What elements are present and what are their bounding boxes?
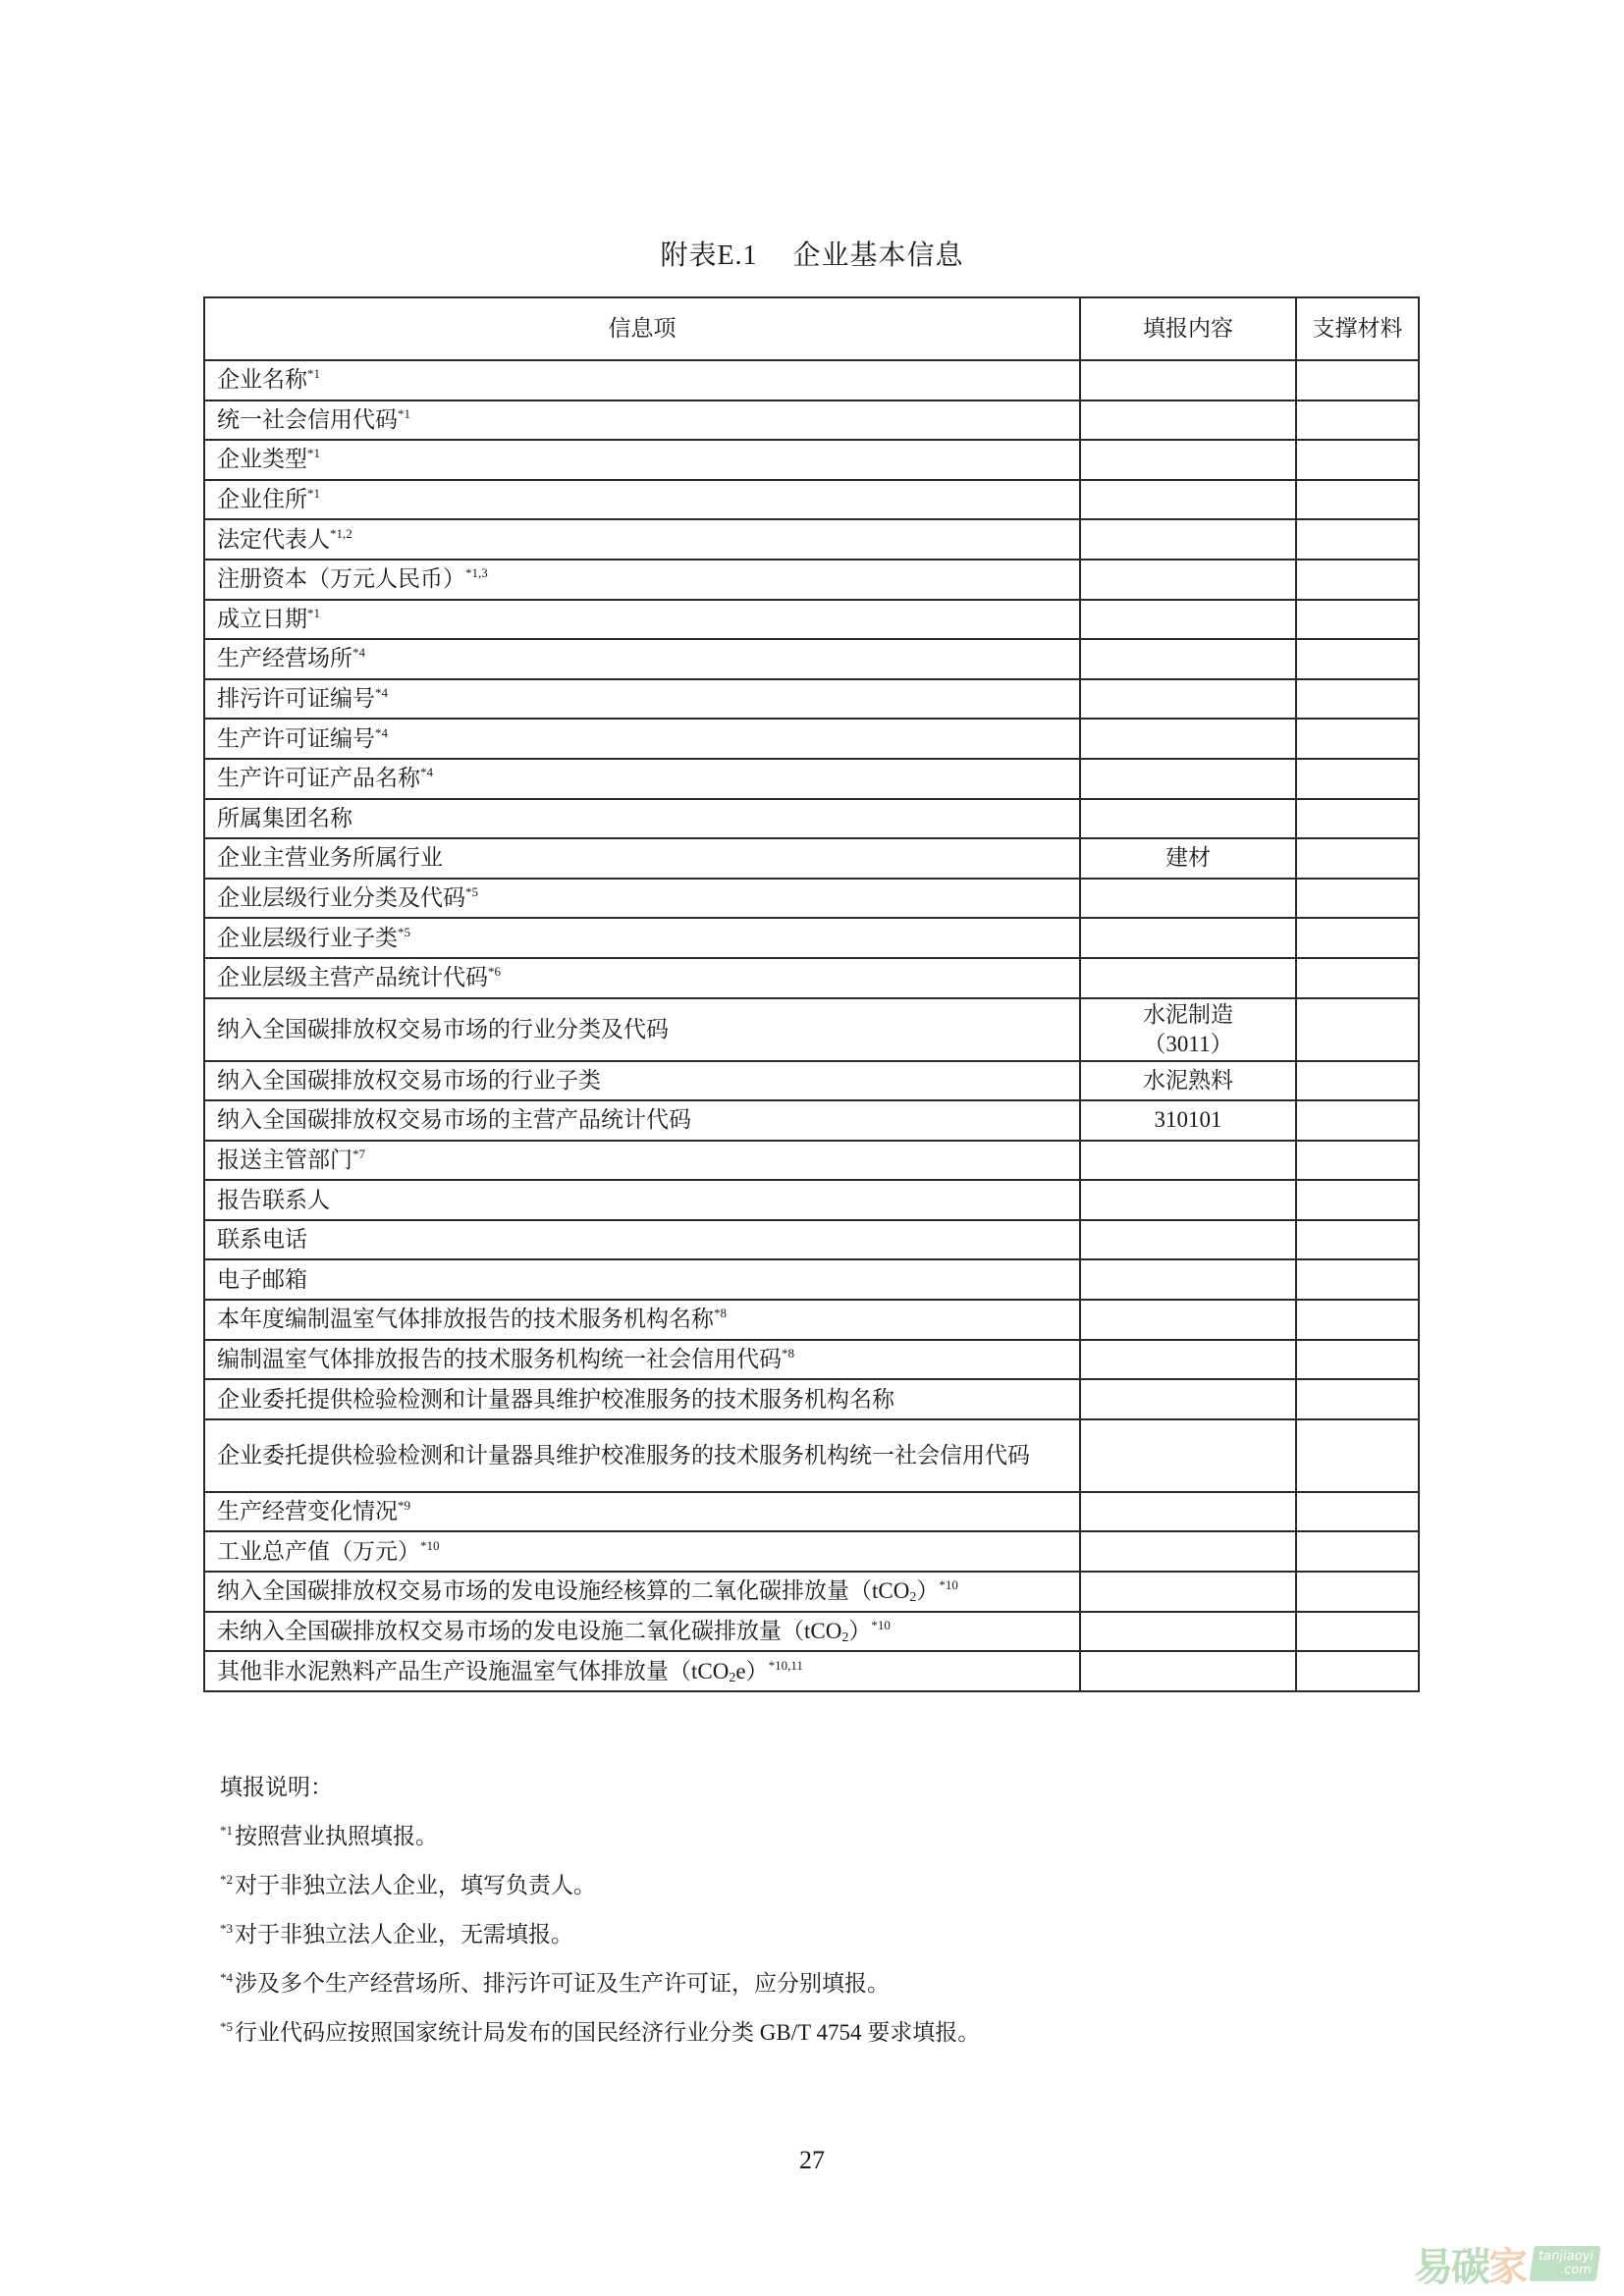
supporting-material-cell[interactable] [1296,719,1419,759]
fill-content-cell[interactable] [1080,759,1296,799]
watermark-badge-line1: tanjiaoyi [1538,2249,1595,2264]
footnote-mark: *4 [220,1970,233,1985]
info-item-cell: 生产经营变化情况*9 [204,1492,1080,1532]
info-item-tail: ） [848,1619,871,1643]
info-item-cell: 所属集团名称 [204,799,1080,839]
table-row: 本年度编制温室气体排放报告的技术服务机构名称*8 [204,1300,1419,1340]
footnote-text: 涉及多个生产经营场所、排污许可证及生产许可证，应分别填报。 [235,1971,890,1996]
info-item-cell: 纳入全国碳排放权交易市场的主营产品统计代码 [204,1100,1080,1141]
info-item-label: 注册资本（万元人民币） [217,566,465,591]
supporting-material-cell[interactable] [1296,360,1419,400]
info-item-cell: 纳入全国碳排放权交易市场的发电设施经核算的二氧化碳排放量（tCO2）*10 [204,1572,1080,1612]
footnote-ref: *1 [307,366,320,381]
footnote-ref: *1 [398,406,410,421]
info-item-label: 生产经营变化情况 [217,1499,398,1523]
supporting-material-cell[interactable] [1296,1259,1419,1300]
supporting-material-cell[interactable] [1296,1612,1419,1652]
info-item-cell: 纳入全国碳排放权交易市场的行业分类及代码 [204,998,1080,1061]
info-item-cell: 联系电话 [204,1220,1080,1260]
table-row: 法定代表人*1,2 [204,519,1419,560]
supporting-material-cell[interactable] [1296,838,1419,879]
footnote-text: 按照营业执照填报。 [235,1824,438,1848]
table-row: 纳入全国碳排放权交易市场的主营产品统计代码310101 [204,1100,1419,1141]
info-item-cell: 报告联系人 [204,1180,1080,1220]
table-row: 纳入全国碳排放权交易市场的行业分类及代码水泥制造（3011） [204,998,1419,1061]
info-item-cell: 工业总产值（万元）*10 [204,1531,1080,1572]
info-item-cell: 企业委托提供检验检测和计量器具维护校准服务的技术服务机构统一社会信用代码 [204,1419,1080,1492]
supporting-material-cell[interactable] [1296,1220,1419,1260]
fill-content-value: 水泥熟料 [1085,1066,1291,1095]
fill-content-cell[interactable] [1080,799,1296,839]
table-row: 编制温室气体排放报告的技术服务机构统一社会信用代码*8 [204,1340,1419,1380]
supporting-material-cell[interactable] [1296,440,1419,480]
fill-content-cell[interactable] [1080,1492,1296,1532]
info-item-label: 报告联系人 [217,1188,330,1212]
supporting-material-cell[interactable] [1296,519,1419,560]
info-item-label: 纳入全国碳排放权交易市场的行业子类 [217,1068,601,1093]
info-item-label: 本年度编制温室气体排放报告的技术服务机构名称 [217,1307,714,1331]
table-title: 附表E.1企业基本信息 [0,234,1624,273]
enterprise-info-table: 信息项 填报内容 支撑材料 企业名称*1统一社会信用代码*1企业类型*1企业住所… [203,296,1420,1692]
footnote-ref: *4 [375,685,388,700]
table-row: 生产经营变化情况*9 [204,1492,1419,1532]
info-item-cell: 企业委托提供检验检测和计量器具维护校准服务的技术服务机构名称 [204,1379,1080,1419]
info-item-label: 企业委托提供检验检测和计量器具维护校准服务的技术服务机构名称 [217,1387,894,1412]
fill-content-value-line2: （3011） [1085,1030,1291,1059]
supporting-material-cell[interactable] [1296,1492,1419,1532]
supporting-material-cell[interactable] [1296,1141,1419,1181]
fill-content-value: 310101 [1085,1105,1291,1135]
info-item-label: 企业名称 [217,367,307,392]
info-item-cell: 生产许可证编号*4 [204,719,1080,759]
fill-content-cell[interactable]: 310101 [1080,1100,1296,1141]
table-row: 生产经营场所*4 [204,639,1419,679]
info-item-label: 企业层级主营产品统计代码 [217,965,488,989]
table-header-row: 信息项 填报内容 支撑材料 [204,297,1419,360]
info-item-label: 生产许可证产品名称 [217,766,420,790]
info-item-label: 企业住所 [217,487,307,511]
info-item-cell: 未纳入全国碳排放权交易市场的发电设施二氧化碳排放量（tCO2）*10 [204,1612,1080,1652]
info-item-label: 电子邮箱 [217,1267,307,1292]
fill-content-cell[interactable] [1080,1141,1296,1181]
footnote-mark: *1 [220,1823,233,1838]
footnote-ref: *5 [398,925,410,939]
supporting-material-cell[interactable] [1296,1419,1419,1492]
footnote-item: *2对于非独立法人企业，填写负责人。 [220,1871,980,1920]
supporting-material-cell[interactable] [1296,400,1419,441]
info-item-label: 统一社会信用代码 [217,407,398,432]
table-row: 排污许可证编号*4 [204,679,1419,720]
info-item-label: 所属集团名称 [217,806,352,830]
footnote-ref: *1,3 [465,565,488,580]
supporting-material-cell[interactable] [1296,1100,1419,1141]
fill-content-cell[interactable] [1080,879,1296,919]
info-item-label: 生产经营场所 [217,646,352,670]
fill-content-cell[interactable] [1080,958,1296,998]
info-item-label: 未纳入全国碳排放权交易市场的发电设施二氧化碳排放量（tCO [217,1619,841,1643]
table-row: 其他非水泥熟料产品生产设施温室气体排放量（tCO2e）*10,11 [204,1651,1419,1691]
supporting-material-cell[interactable] [1296,679,1419,720]
info-item-cell: 企业类型*1 [204,440,1080,480]
table-row: 企业住所*1 [204,480,1419,520]
footnote-ref: *6 [488,964,501,979]
info-item-label: 纳入全国碳排放权交易市场的主营产品统计代码 [217,1107,691,1132]
supporting-material-cell[interactable] [1296,759,1419,799]
supporting-material-cell[interactable] [1296,1061,1419,1101]
fill-content-cell[interactable] [1080,1531,1296,1572]
table-row: 企业委托提供检验检测和计量器具维护校准服务的技术服务机构统一社会信用代码 [204,1419,1419,1492]
footnote-mark: *3 [220,1921,233,1936]
footnote-text: 行业代码应按照国家统计局发布的国民经济行业分类 GB/T 4754 要求填报。 [235,2020,980,2045]
info-item-tail: ） [916,1578,939,1603]
fill-content-cell[interactable] [1080,1220,1296,1260]
fill-content-cell[interactable] [1080,1300,1296,1340]
supporting-material-cell[interactable] [1296,600,1419,640]
watermark-text-orange: 家 [1489,2236,1528,2292]
table-row: 成立日期*1 [204,600,1419,640]
info-item-label: 联系电话 [217,1227,307,1252]
info-item-label: 纳入全国碳排放权交易市场的行业分类及代码 [217,1017,669,1041]
info-item-cell: 企业层级主营产品统计代码*6 [204,958,1080,998]
table-row: 所属集团名称 [204,799,1419,839]
supporting-material-cell[interactable] [1296,560,1419,600]
watermark-text-green: 易碳 [1414,2236,1489,2292]
info-item-cell: 纳入全国碳排放权交易市场的行业子类 [204,1061,1080,1101]
fill-content-cell[interactable]: 水泥熟料 [1080,1061,1296,1101]
info-item-cell: 报送主管部门*7 [204,1141,1080,1181]
supporting-material-cell[interactable] [1296,1572,1419,1612]
table-row: 注册资本（万元人民币）*1,3 [204,560,1419,600]
table-row: 纳入全国碳排放权交易市场的行业子类水泥熟料 [204,1061,1419,1101]
table-row: 生产许可证产品名称*4 [204,759,1419,799]
info-item-label: 企业类型 [217,447,307,471]
fill-content-cell[interactable] [1080,1379,1296,1419]
table-row: 未纳入全国碳排放权交易市场的发电设施二氧化碳排放量（tCO2）*10 [204,1612,1419,1652]
footnote-ref: *10,11 [769,1658,803,1673]
footnote-ref: *1,2 [330,526,352,541]
info-item-label: 企业层级行业子类 [217,926,398,950]
footnote-item: *4涉及多个生产经营场所、排污许可证及生产许可证，应分别填报。 [220,1969,980,2018]
footnote-ref: *1 [307,606,320,620]
info-item-label: 法定代表人 [217,527,330,552]
info-item-label: 企业主营业务所属行业 [217,845,443,870]
supporting-material-cell[interactable] [1296,1651,1419,1691]
info-item-cell: 企业层级行业分类及代码*5 [204,879,1080,919]
page-number: 27 [0,2146,1624,2175]
fill-content-cell[interactable] [1080,400,1296,441]
footnote-ref: *8 [782,1346,794,1361]
table-row: 企业名称*1 [204,360,1419,400]
fill-content-cell[interactable] [1080,1180,1296,1220]
fill-content-cell[interactable] [1080,918,1296,958]
table-row: 企业委托提供检验检测和计量器具维护校准服务的技术服务机构名称 [204,1379,1419,1419]
supporting-material-cell[interactable] [1296,1300,1419,1340]
footnote-ref: *10 [420,1538,440,1553]
info-item-cell: 生产经营场所*4 [204,639,1080,679]
info-item-cell: 统一社会信用代码*1 [204,400,1080,441]
footnote-ref: *4 [352,645,365,660]
fill-content-cell[interactable]: 建材 [1080,838,1296,879]
info-item-cell: 电子邮箱 [204,1259,1080,1300]
table-row: 统一社会信用代码*1 [204,400,1419,441]
footnote-ref: *8 [714,1306,727,1320]
footnote-ref: *10 [939,1577,958,1592]
fill-content-cell[interactable] [1080,600,1296,640]
fill-content-cell[interactable]: 水泥制造（3011） [1080,998,1296,1061]
fill-content-cell[interactable] [1080,1259,1296,1300]
footnote-ref: *9 [398,1498,410,1513]
supporting-material-cell[interactable] [1296,480,1419,520]
info-item-cell: 法定代表人*1,2 [204,519,1080,560]
table-row: 企业类型*1 [204,440,1419,480]
info-item-label: 报送主管部门 [217,1148,352,1172]
table-title-text: 企业基本信息 [793,240,964,271]
supporting-material-cell[interactable] [1296,1180,1419,1220]
info-item-cell: 其他非水泥熟料产品生产设施温室气体排放量（tCO2e）*10,11 [204,1651,1080,1691]
supporting-material-cell[interactable] [1296,998,1419,1061]
supporting-material-cell[interactable] [1296,958,1419,998]
footnote-ref: *4 [375,725,388,740]
info-item-label: 纳入全国碳排放权交易市场的发电设施经核算的二氧化碳排放量（tCO [217,1578,909,1603]
footnote-ref: *1 [307,486,320,501]
supporting-material-cell[interactable] [1296,879,1419,919]
header-fill-content: 填报内容 [1080,297,1296,360]
footnote-ref: *5 [465,884,478,899]
info-item-label: 成立日期 [217,607,307,631]
info-item-cell: 编制温室气体排放报告的技术服务机构统一社会信用代码*8 [204,1340,1080,1380]
fill-content-cell[interactable] [1080,480,1296,520]
footnote-text: 对于非独立法人企业，无需填报。 [235,1922,573,1947]
fill-content-cell[interactable] [1080,1572,1296,1612]
supporting-material-cell[interactable] [1296,799,1419,839]
info-item-cell: 企业主营业务所属行业 [204,838,1080,879]
footnote-ref: *4 [420,765,433,779]
info-item-tail: e） [735,1659,768,1683]
info-item-label: 企业层级行业分类及代码 [217,885,465,910]
supporting-material-cell[interactable] [1296,1340,1419,1380]
fill-content-value: 建材 [1085,843,1291,873]
info-item-cell: 企业层级行业子类*5 [204,918,1080,958]
footnote-item: *1按照营业执照填报。 [220,1822,980,1871]
info-item-cell: 成立日期*1 [204,600,1080,640]
info-item-cell: 企业名称*1 [204,360,1080,400]
info-item-label: 生产许可证编号 [217,726,375,751]
fill-content-value: 水泥制造 [1085,1000,1291,1030]
fill-content-cell[interactable] [1080,1340,1296,1380]
info-item-label: 排污许可证编号 [217,686,375,711]
table-row: 企业层级行业分类及代码*5 [204,879,1419,919]
info-item-cell: 注册资本（万元人民币）*1,3 [204,560,1080,600]
watermark-badge: tanjiaoyi .com [1529,2246,1600,2281]
info-item-label: 编制温室气体排放报告的技术服务机构统一社会信用代码 [217,1347,782,1371]
supporting-material-cell[interactable] [1296,1379,1419,1419]
watermark-logo: 易碳 家 tanjiaoyi .com [1414,2236,1620,2291]
footnote-item: *5行业代码应按照国家统计局发布的国民经济行业分类 GB/T 4754 要求填报… [220,2018,980,2067]
fill-content-cell[interactable] [1080,1651,1296,1691]
fill-content-cell[interactable] [1080,719,1296,759]
table-title-label: 附表E.1 [660,240,757,271]
table-row: 企业层级行业子类*5 [204,918,1419,958]
footnote-mark: *5 [220,2019,233,2034]
info-item-label: 企业委托提供检验检测和计量器具维护校准服务的技术服务机构统一社会信用代码 [217,1443,1030,1468]
footnote-ref: *10 [871,1618,891,1632]
footnote-ref: *1 [307,446,320,460]
supporting-material-cell[interactable] [1296,1531,1419,1572]
table-row: 报送主管部门*7 [204,1141,1419,1181]
fill-content-cell[interactable] [1080,1612,1296,1652]
fill-content-cell[interactable] [1080,679,1296,720]
notes-heading: 填报说明： [220,1773,980,1822]
fill-content-cell[interactable] [1080,360,1296,400]
footnote-text: 对于非独立法人企业，填写负责人。 [235,1873,596,1897]
table-row: 企业层级主营产品统计代码*6 [204,958,1419,998]
watermark-badge-line2: .com [1559,2263,1593,2277]
info-item-cell: 本年度编制温室气体排放报告的技术服务机构名称*8 [204,1300,1080,1340]
header-info-item: 信息项 [204,297,1080,360]
supporting-material-cell[interactable] [1296,639,1419,679]
footnote-item: *3对于非独立法人企业，无需填报。 [220,1920,980,1969]
table-row: 电子邮箱 [204,1259,1419,1300]
table-row: 企业主营业务所属行业建材 [204,838,1419,879]
footnote-ref: *7 [352,1147,365,1161]
table-row: 工业总产值（万元）*10 [204,1531,1419,1572]
info-item-cell: 生产许可证产品名称*4 [204,759,1080,799]
table-row: 联系电话 [204,1220,1419,1260]
info-item-label: 工业总产值（万元） [217,1539,420,1564]
filling-notes: 填报说明： *1按照营业执照填报。*2对于非独立法人企业，填写负责人。*3对于非… [220,1773,980,2067]
fill-content-cell[interactable] [1080,1419,1296,1492]
table-row: 纳入全国碳排放权交易市场的发电设施经核算的二氧化碳排放量（tCO2）*10 [204,1572,1419,1612]
fill-content-cell[interactable] [1080,519,1296,560]
fill-content-cell[interactable] [1080,560,1296,600]
info-item-cell: 企业住所*1 [204,480,1080,520]
info-item-cell: 排污许可证编号*4 [204,679,1080,720]
fill-content-cell[interactable] [1080,639,1296,679]
supporting-material-cell[interactable] [1296,918,1419,958]
footnote-mark: *2 [220,1872,233,1887]
info-item-label: 其他非水泥熟料产品生产设施温室气体排放量（tCO [217,1659,729,1683]
fill-content-cell[interactable] [1080,440,1296,480]
header-supporting-material: 支撑材料 [1296,297,1419,360]
table-row: 报告联系人 [204,1180,1419,1220]
table-row: 生产许可证编号*4 [204,719,1419,759]
